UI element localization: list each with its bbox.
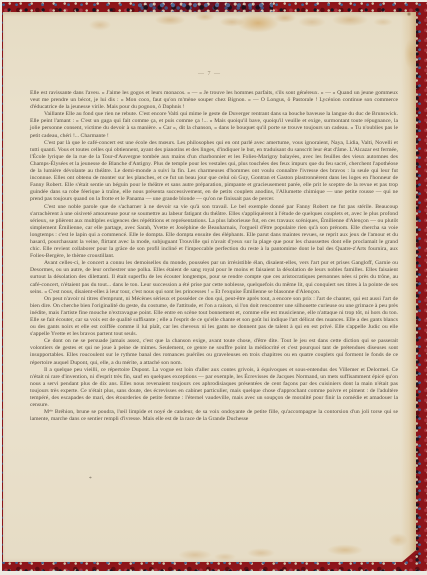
cover-top-marble-strip xyxy=(138,2,273,13)
paragraph: C'est par là que le café-concert est une… xyxy=(30,140,398,204)
paragraph: C'est une noble parole que de s'acharner… xyxy=(30,204,398,261)
paragraph: Elle est ravissante dans l'aveu. « J'aim… xyxy=(30,90,398,111)
paragraph: Il a quelque peu vieilli, ce répertoire … xyxy=(30,367,398,410)
paragraph: Vaillante Elle au fond que rien ne rebut… xyxy=(30,111,398,139)
footnote-asterisk: * xyxy=(89,476,92,482)
paragraph: Mᵉˡᵉ Bréhion, brune se poudra, l'œil lim… xyxy=(30,409,398,423)
book-page: — 7 — Elle est ravissante dans l'aveu. «… xyxy=(3,12,416,562)
page-number: — 7 — xyxy=(3,71,416,77)
paragraph: On peut n'avoir ni titres d'emprunt, ni … xyxy=(30,296,398,339)
body-text-block: Elle est ravissante dans l'aveu. « J'aim… xyxy=(30,90,398,423)
paragraph: Avant celles-ci, le concert a connu les … xyxy=(30,260,398,295)
paragraph: Ce dont on ne se persuade jamais assez, … xyxy=(30,338,398,366)
